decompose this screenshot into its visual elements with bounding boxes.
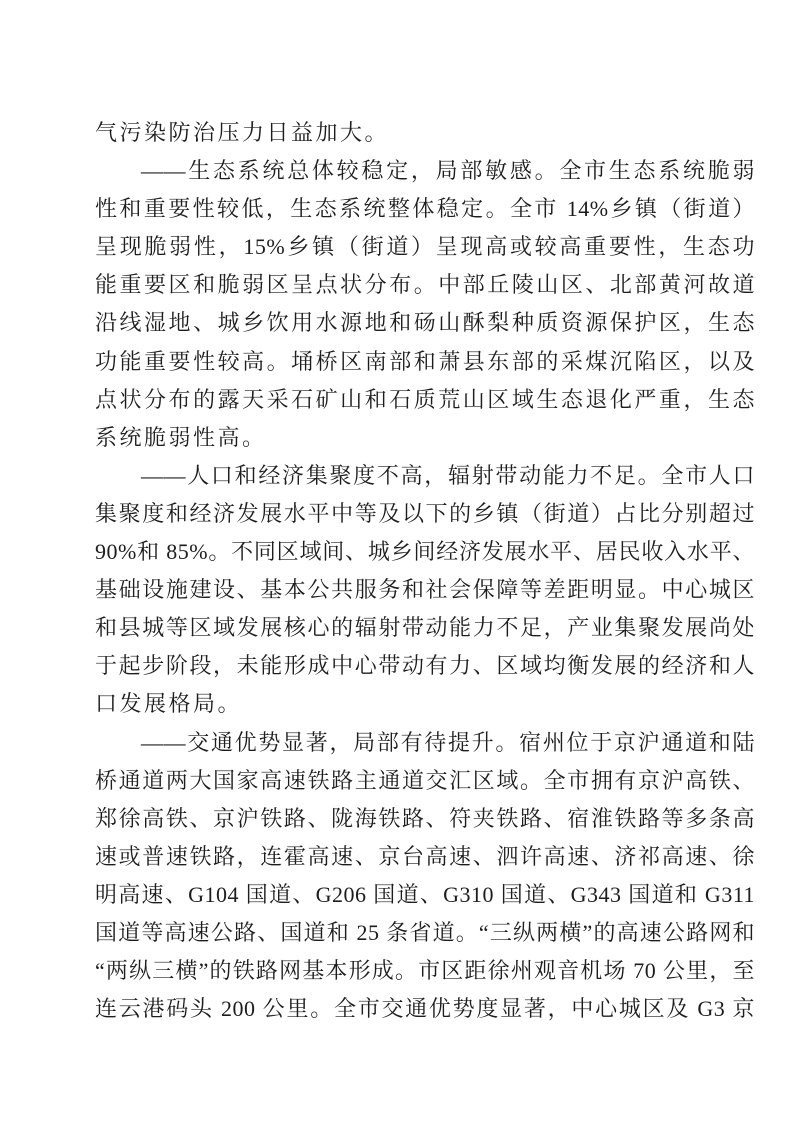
text-line: 性和重要性较低，生态系统整体稳定。全市 14%乡镇（街道） [95, 190, 755, 228]
text-line: 沿线湿地、城乡饮用水源地和砀山酥梨种质资源保护区，生态 [95, 304, 755, 342]
text-line: 呈现脆弱性，15%乡镇（街道）呈现高或较高重要性，生态功 [95, 228, 755, 266]
document-text-block: 气污染防治压力日益加大。——生态系统总体较稳定，局部敏感。全市生态系统脆弱性和重… [95, 114, 755, 1028]
text-line: 国道等高速公路、国道和 25 条省道。“三纵两横”的高速公路网和 [95, 914, 755, 952]
text-line: 明高速、G104 国道、G206 国道、G310 国道、G343 国道和 G31… [95, 876, 755, 914]
text-line: ——生态系统总体较稳定，局部敏感。全市生态系统脆弱 [95, 152, 755, 190]
text-line: 系统脆弱性高。 [95, 419, 755, 457]
text-line: 功能重要性较高。埇桥区南部和萧县东部的采煤沉陷区，以及 [95, 343, 755, 381]
text-line: 气污染防治压力日益加大。 [95, 114, 755, 152]
text-line: 基础设施建设、基本公共服务和社会保障等差距明显。中心城区 [95, 571, 755, 609]
text-line: 能重要区和脆弱区呈点状分布。中部丘陵山区、北部黄河故道 [95, 266, 755, 304]
text-line: ——人口和经济集聚度不高，辐射带动能力不足。全市人口 [95, 457, 755, 495]
text-line: “两纵三横”的铁路网基本形成。市区距徐州观音机场 70 公里，至 [95, 952, 755, 990]
document-page: 气污染防治压力日益加大。——生态系统总体较稳定，局部敏感。全市生态系统脆弱性和重… [0, 0, 793, 1122]
text-line: 口发展格局。 [95, 685, 755, 723]
text-line: 于起步阶段，未能形成中心带动有力、区域均衡发展的经济和人 [95, 647, 755, 685]
text-line: 90%和 85%。不同区域间、城乡间经济发展水平、居民收入水平、 [95, 533, 755, 571]
text-line: 桥通道两大国家高速铁路主通道交汇区域。全市拥有京沪高铁、 [95, 762, 755, 800]
text-line: 集聚度和经济发展水平中等及以下的乡镇（街道）占比分别超过 [95, 495, 755, 533]
text-line: 速或普速铁路，连霍高速、京台高速、泗许高速、济祁高速、徐 [95, 838, 755, 876]
text-line: 和县城等区域发展核心的辐射带动能力不足，产业集聚发展尚处 [95, 609, 755, 647]
text-line: ——交通优势显著，局部有待提升。宿州位于京沪通道和陆 [95, 724, 755, 762]
text-line: 郑徐高铁、京沪铁路、陇海铁路、符夹铁路、宿淮铁路等多条高 [95, 800, 755, 838]
text-line: 连云港码头 200 公里。全市交通优势度显著，中心城区及 G3 京 [95, 990, 755, 1028]
text-line: 点状分布的露天采石矿山和石质荒山区域生态退化严重，生态 [95, 381, 755, 419]
